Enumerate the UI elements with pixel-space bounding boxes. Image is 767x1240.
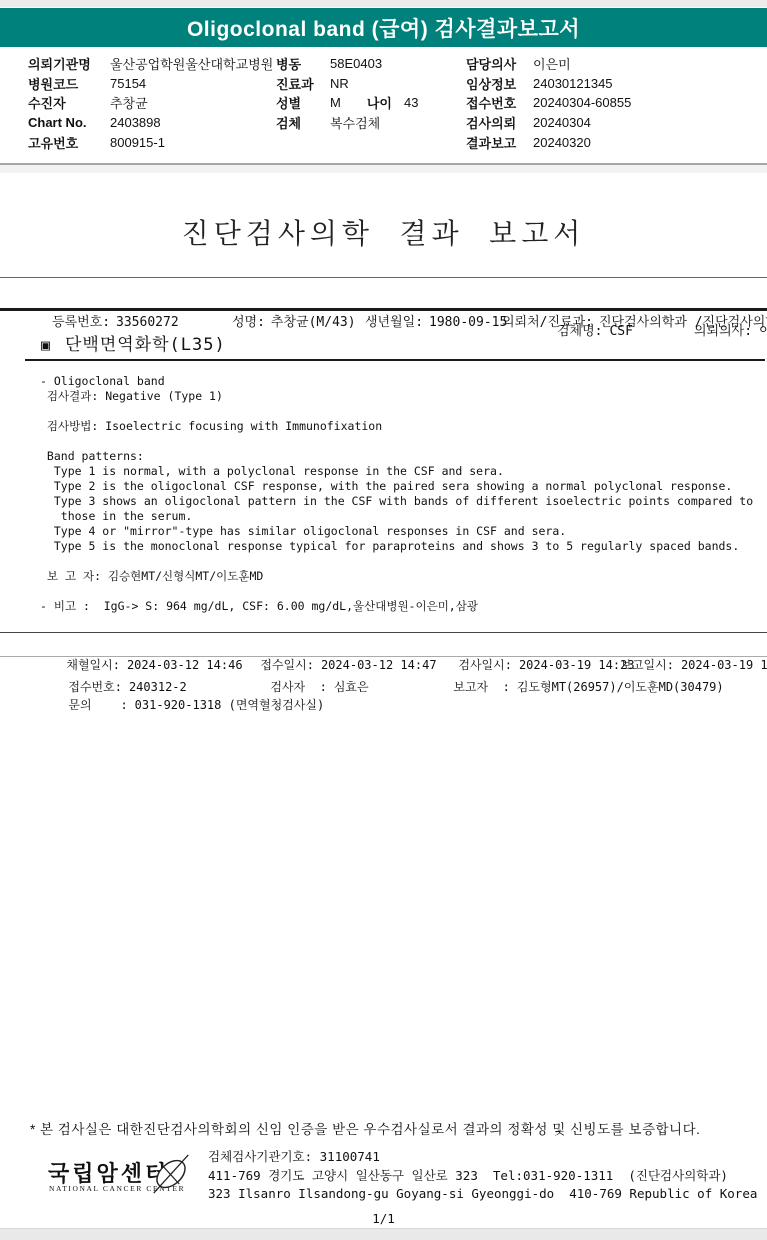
header-right-column: 담당의사 이은미 임상정보 24030121345 접수번호 20240304-…: [466, 54, 631, 152]
field-order-date: 검사의뢰 20240304: [466, 113, 631, 133]
ordering-doctor: 의뢰의사:이도훈: [647, 305, 767, 354]
receipt-time: 접수일시:2024-03-12 14:47: [217, 637, 437, 656]
field-label: 검사의뢰: [466, 113, 533, 132]
field-value: 33560272: [116, 315, 179, 330]
address-line: 323 Ilsanro Ilsandong-gu Goyang-si Gyeon…: [208, 1185, 757, 1204]
field-value: 58E0403: [330, 56, 382, 71]
field-value: 20240304-60855: [533, 95, 631, 110]
field-label: 병동: [276, 54, 330, 73]
field-label: 진료과: [276, 74, 330, 93]
field-label: 결과보고: [466, 133, 533, 152]
field-label: 담당의사: [466, 54, 533, 73]
field-value: 이도훈: [759, 324, 767, 339]
result-body: - Oligoclonal band 검사결과: Negative (Type …: [40, 374, 753, 614]
field-label: 검체명:: [557, 324, 603, 339]
field-label: 등록번호:: [52, 315, 110, 330]
result-line: [40, 434, 753, 449]
header-separator-strip: [0, 165, 767, 173]
result-line: Type 5 is the monoclonal response typica…: [40, 539, 753, 554]
field-label: 임상정보: [466, 74, 533, 93]
field-department: 진료과 NR: [276, 74, 418, 94]
window-chrome-strip: [0, 0, 767, 8]
field-label: 성별: [276, 93, 330, 112]
report-banner-title: Oligoclonal band (급여) 검사결과보고서: [187, 13, 580, 43]
field-label: 수진자: [28, 93, 110, 112]
field-label: 의뢰의사:: [694, 324, 752, 339]
field-report-date: 결과보고 20240320: [466, 132, 631, 152]
patient-reg-no: 등록번호:33560272: [5, 278, 179, 308]
reporter: 보고자 :김도형MT(26957)/이도훈MD(30479): [410, 659, 724, 678]
patient-department: 의뢰처/진료과:진단검사의학과 /진단검사의학과: [455, 278, 767, 308]
field-ward: 병동 58E0403: [276, 54, 418, 74]
field-label: 접수번호: [466, 93, 533, 112]
field-label: 검체: [276, 113, 330, 132]
bottom-chrome-bar: [0, 1228, 767, 1240]
field-label: Chart No.: [28, 115, 110, 130]
field-unique-id: 고유번호 800915-1: [28, 132, 273, 152]
info-top-rule: [0, 632, 767, 633]
field-requesting-org: 의뢰기관명 울산공업학원울산대학교병원: [28, 54, 273, 74]
field-value: 울산공업학원울산대학교병원: [110, 54, 273, 73]
field-label: 의뢰기관명: [28, 54, 110, 73]
result-line: 검사결과: Negative (Type 1): [40, 389, 753, 404]
header-middle-column: 병동 58E0403 진료과 NR 성별 M 나이 43 검체 복수검체: [276, 54, 418, 132]
lab-report-page: Oligoclonal band (급여) 검사결과보고서 의뢰기관명 울산공업…: [0, 0, 767, 1240]
ncc-leaf-logo-icon: [151, 1151, 191, 1197]
specimen-name: 검체명:CSF: [510, 305, 633, 354]
result-line: - 비고 : IgG-> S: 964 mg/dL, CSF: 6.00 mg/…: [40, 599, 753, 614]
field-value: CSF: [609, 324, 632, 339]
field-value: 24030121345: [533, 76, 613, 91]
field-attending-doctor: 담당의사 이은미: [466, 54, 631, 74]
report-time: 보고일시:2024-03-19 15:48: [577, 637, 767, 656]
field-label: 고유번호: [28, 133, 110, 152]
header-left-column: 의뢰기관명 울산공업학원울산대학교병원 병원코드 75154 수진자 추창균 C…: [28, 54, 273, 152]
field-clinical-info: 임상정보 24030121345: [466, 74, 631, 94]
result-line: Type 2 is the oligoclonal CSF response, …: [40, 479, 753, 494]
org-address-block: 검체검사기관기호: 31100741411-769 경기도 고양시 일산동구 일…: [208, 1148, 757, 1204]
field-value: 추창균: [110, 93, 148, 112]
address-line: 검체검사기관기호: 31100741: [208, 1148, 757, 1167]
field-value: 2403898: [110, 115, 161, 130]
section-title: 단백면역화학(L35): [65, 330, 226, 355]
result-line: those in the serum.: [40, 509, 753, 524]
field-value: 20240304: [533, 115, 591, 130]
field-value: 이은미: [533, 54, 571, 73]
result-line: Type 3 shows an oligoclonal pattern in t…: [40, 494, 753, 509]
field-value: 20240320: [533, 135, 591, 150]
field-accession-no: 접수번호 20240304-60855: [466, 93, 631, 113]
field-label: 성명:: [232, 315, 265, 330]
result-line: 보 고 자: 김승현MT/신형식MT/이도훈MD: [40, 569, 753, 584]
result-line: [40, 404, 753, 419]
field-chart-no: Chart No. 2403898: [28, 113, 273, 133]
receipt-number: 접수번호:240312-2: [25, 659, 187, 678]
section-marker-icon: ▣: [41, 336, 50, 354]
age-label: 나이: [367, 93, 392, 112]
field-value: 75154: [110, 76, 146, 91]
field-label: 병원코드: [28, 74, 110, 93]
field-value: 800915-1: [110, 135, 165, 150]
result-line: Band patterns:: [40, 449, 753, 464]
info-row-contact: 문의 :031-920-1318 (면역혈청검사실): [0, 677, 767, 696]
result-line: - Oligoclonal band: [40, 374, 753, 389]
result-line: 검사방법: Isoelectric focusing with Immunofi…: [40, 419, 753, 434]
page-number: 1/1: [0, 1211, 767, 1226]
info-row-times: 채혈일시:2024-03-12 14:46 접수일시:2024-03-12 14…: [0, 637, 767, 656]
field-label: 생년월일:: [365, 315, 423, 330]
field-value: M: [330, 95, 341, 110]
result-line: [40, 584, 753, 599]
field-patient-name: 수진자 추창균: [28, 93, 273, 113]
field-sex-age: 성별 M 나이 43: [276, 93, 418, 113]
age-value: 43: [404, 95, 418, 110]
examiner: 검사자 :심효은: [227, 659, 369, 678]
report-banner: Oligoclonal band (급여) 검사결과보고서: [0, 8, 767, 47]
info-row-staff: 접수번호:240312-2 검사자 :심효은 보고자 :김도형MT(26957)…: [0, 659, 767, 678]
collection-time: 채혈일시:2024-03-12 14:46: [23, 637, 243, 656]
field-specimen: 검체 복수검체: [276, 113, 418, 133]
field-label: 문의 :: [68, 698, 127, 712]
field-value: 복수검체: [330, 113, 380, 132]
result-line: [40, 554, 753, 569]
result-line: Type 1 is normal, with a polyclonal resp…: [40, 464, 753, 479]
field-value: NR: [330, 76, 349, 91]
field-value: 031-920-1318 (면역혈청검사실): [135, 698, 325, 712]
field-hospital-code: 병원코드 75154: [28, 74, 273, 94]
address-line: 411-769 경기도 고양시 일산동구 일산로 323 Tel:031-920…: [208, 1167, 757, 1186]
accreditation-note: * 본 검사실은 대한진단검사의학회의 신임 인증을 받은 우수검사실로서 결과…: [30, 1118, 700, 1138]
result-line: Type 4 or "mirror"-type has similar olig…: [40, 524, 753, 539]
document-title: 진단검사의학 결과 보고서: [0, 212, 767, 252]
inquiry-phone: 문의 :031-920-1318 (면역혈청검사실): [25, 677, 324, 696]
test-section-header: ▣ 단백면역화학(L35) 검체명:CSF 의뢰의사:이도훈: [25, 331, 765, 361]
